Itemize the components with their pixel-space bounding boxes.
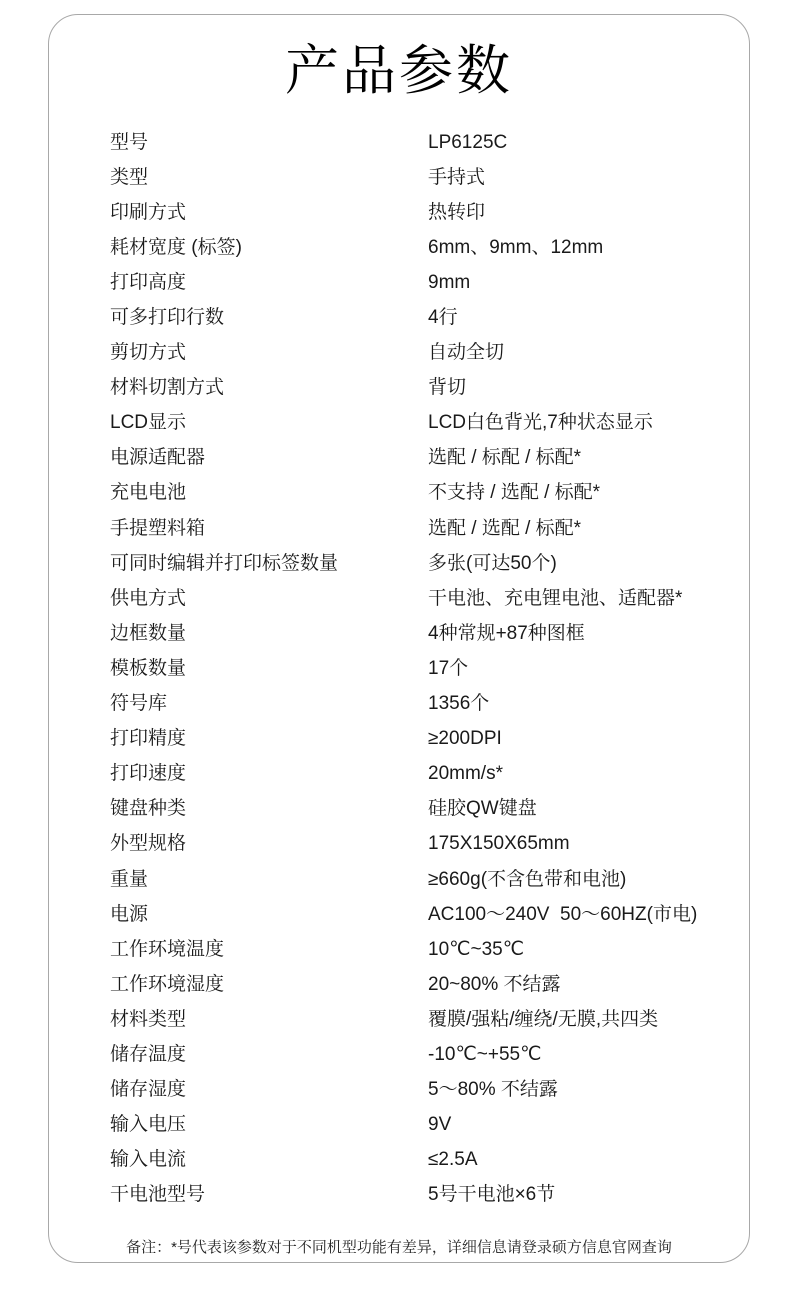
spec-value: 干电池、充电锂电池、适配器* [428, 587, 730, 611]
spec-row: 剪切方式自动全切 [110, 336, 730, 371]
spec-value: 5号干电池×6节 [428, 1183, 730, 1207]
spec-label: 储存湿度 [110, 1078, 428, 1102]
spec-value: ≤2.5A [428, 1148, 730, 1172]
spec-value: 覆膜/强粘/缠绕/无膜,共四类 [428, 1008, 730, 1032]
spec-value: 硅胶QW键盘 [428, 797, 730, 821]
spec-label: 模板数量 [110, 657, 428, 681]
spec-label: 打印高度 [110, 271, 428, 295]
spec-value: ≥660g(不含色带和电池) [428, 868, 730, 892]
page-title: 产品参数 [49, 41, 749, 101]
spec-row: 储存温度-10℃~+55℃ [110, 1037, 730, 1072]
spec-label: 类型 [110, 166, 428, 190]
spec-label: 材料类型 [110, 1008, 428, 1032]
spec-label: 工作环境湿度 [110, 973, 428, 997]
spec-row: 重量≥660g(不含色带和电池) [110, 862, 730, 897]
spec-row: 工作环境湿度20~80% 不结露 [110, 967, 730, 1002]
spec-value: 1356个 [428, 692, 730, 716]
spec-row: 打印高度9mm [110, 265, 730, 300]
spec-value: LP6125C [428, 131, 730, 155]
spec-row: 符号库1356个 [110, 687, 730, 722]
spec-row: 耗材宽度 (标签)6mm、9mm、12mm [110, 230, 730, 265]
spec-row: 打印速度20mm/s* [110, 757, 730, 792]
spec-value: 9mm [428, 271, 730, 295]
spec-value: 175X150X65mm [428, 832, 730, 856]
spec-value: 不支持 / 选配 / 标配* [428, 481, 730, 505]
spec-value: AC100～240V 50～60HZ(市电) [428, 903, 730, 927]
spec-row: 材料切割方式背切 [110, 371, 730, 406]
spec-value: 背切 [428, 376, 730, 400]
spec-table: 型号LP6125C类型手持式印刷方式热转印耗材宽度 (标签)6mm、9mm、12… [110, 125, 730, 1213]
spec-value: 5～80% 不结露 [428, 1078, 730, 1102]
spec-row: 类型手持式 [110, 160, 730, 195]
spec-row: 打印精度≥200DPI [110, 722, 730, 757]
spec-value: 10℃~35℃ [428, 938, 730, 962]
spec-label: 重量 [110, 868, 428, 892]
spec-label: 手提塑料箱 [110, 517, 428, 541]
spec-value: 自动全切 [428, 341, 730, 365]
spec-row: 干电池型号5号干电池×6节 [110, 1178, 730, 1213]
spec-label: 输入电压 [110, 1113, 428, 1137]
spec-row: 电源AC100～240V 50～60HZ(市电) [110, 897, 730, 932]
spec-label: 供电方式 [110, 587, 428, 611]
spec-value: 热转印 [428, 201, 730, 225]
spec-label: 打印速度 [110, 762, 428, 786]
spec-label: 键盘种类 [110, 797, 428, 821]
spec-card: 产品参数 型号LP6125C类型手持式印刷方式热转印耗材宽度 (标签)6mm、9… [48, 14, 750, 1263]
spec-value: ≥200DPI [428, 727, 730, 751]
spec-label: 电源 [110, 903, 428, 927]
spec-row: 储存湿度5～80% 不结露 [110, 1073, 730, 1108]
spec-label: 剪切方式 [110, 341, 428, 365]
spec-row: 可同时编辑并打印标签数量多张(可达50个) [110, 546, 730, 581]
spec-row: 材料类型覆膜/强粘/缠绕/无膜,共四类 [110, 1002, 730, 1037]
spec-row: 工作环境温度10℃~35℃ [110, 932, 730, 967]
spec-row: 外型规格175X150X65mm [110, 827, 730, 862]
spec-row: 电源适配器选配 / 标配 / 标配* [110, 441, 730, 476]
spec-row: 输入电压9V [110, 1108, 730, 1143]
spec-row: 型号LP6125C [110, 125, 730, 160]
spec-label: 符号库 [110, 692, 428, 716]
spec-value: 9V [428, 1113, 730, 1137]
spec-row: 模板数量17个 [110, 651, 730, 686]
spec-label: 充电电池 [110, 481, 428, 505]
spec-row: 印刷方式热转印 [110, 195, 730, 230]
spec-label: 印刷方式 [110, 201, 428, 225]
spec-label: 电源适配器 [110, 446, 428, 470]
spec-value: 选配 / 标配 / 标配* [428, 446, 730, 470]
spec-value: 4行 [428, 306, 730, 330]
spec-label: 外型规格 [110, 832, 428, 856]
spec-label: 储存温度 [110, 1043, 428, 1067]
spec-value: 4种常规+87种图框 [428, 622, 730, 646]
spec-label: 型号 [110, 131, 428, 155]
spec-label: 耗材宽度 (标签) [110, 236, 428, 260]
spec-value: LCD白色背光,7种状态显示 [428, 411, 730, 435]
spec-label: 可同时编辑并打印标签数量 [110, 552, 428, 576]
spec-value: 6mm、9mm、12mm [428, 236, 730, 260]
spec-value: 20~80% 不结露 [428, 973, 730, 997]
spec-value: 手持式 [428, 166, 730, 190]
spec-row: 充电电池不支持 / 选配 / 标配* [110, 476, 730, 511]
spec-label: 可多打印行数 [110, 306, 428, 330]
spec-label: 打印精度 [110, 727, 428, 751]
spec-label: 材料切割方式 [110, 376, 428, 400]
spec-row: 供电方式干电池、充电锂电池、适配器* [110, 581, 730, 616]
spec-value: 20mm/s* [428, 762, 730, 786]
spec-row: 输入电流≤2.5A [110, 1143, 730, 1178]
spec-label: 输入电流 [110, 1148, 428, 1172]
spec-label: 边框数量 [110, 622, 428, 646]
spec-value: 17个 [428, 657, 730, 681]
spec-label: LCD显示 [110, 411, 428, 435]
spec-value: 多张(可达50个) [428, 552, 730, 576]
spec-row: 键盘种类硅胶QW键盘 [110, 792, 730, 827]
spec-row: 边框数量4种常规+87种图框 [110, 616, 730, 651]
product-parameters-page: 产品参数 型号LP6125C类型手持式印刷方式热转印耗材宽度 (标签)6mm、9… [0, 0, 800, 1298]
footnote: 备注：*号代表该参数对于不同机型功能有差异，详细信息请登录硕方信息官网查询 [49, 1239, 749, 1257]
spec-row: 可多打印行数4行 [110, 300, 730, 335]
spec-label: 工作环境温度 [110, 938, 428, 962]
spec-row: 手提塑料箱选配 / 选配 / 标配* [110, 511, 730, 546]
spec-row: LCD显示LCD白色背光,7种状态显示 [110, 406, 730, 441]
spec-value: 选配 / 选配 / 标配* [428, 517, 730, 541]
spec-value: -10℃~+55℃ [428, 1043, 730, 1067]
spec-label: 干电池型号 [110, 1183, 428, 1207]
